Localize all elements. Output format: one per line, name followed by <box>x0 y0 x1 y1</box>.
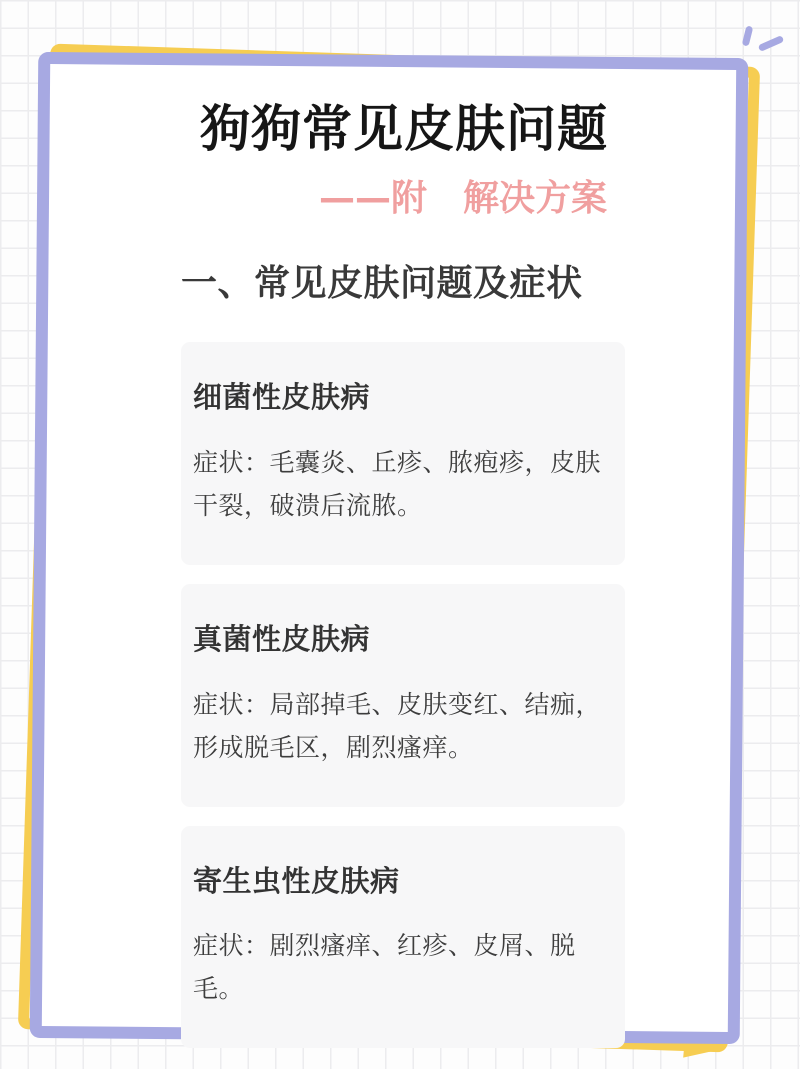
symptom-card-parasitic: 寄生虫性皮肤病 症状：剧烈瘙痒、红疹、皮屑、脱毛。 <box>181 826 625 1049</box>
section-heading: 一、常见皮肤问题及症状 <box>181 261 641 306</box>
symptom-card-bacterial: 细菌性皮肤病 症状：毛囊炎、丘疹、脓疱疹，皮肤干裂，破溃后流脓。 <box>181 342 625 565</box>
card-title: 寄生虫性皮肤病 <box>193 864 613 899</box>
card-title: 真菌性皮肤病 <box>193 622 613 657</box>
poster-content: 狗狗常见皮肤问题 ——附 解决方案 一、常见皮肤问题及症状 细菌性皮肤病 症状：… <box>0 0 800 1069</box>
card-title: 细菌性皮肤病 <box>193 380 613 415</box>
symptom-card-fungal: 真菌性皮肤病 症状：局部掉毛、皮肤变红、结痂，形成脱毛区，剧烈瘙痒。 <box>181 584 625 807</box>
symptom-card-list: 细菌性皮肤病 症状：毛囊炎、丘疹、脓疱疹，皮肤干裂，破溃后流脓。 真菌性皮肤病 … <box>181 342 625 1048</box>
page-subtitle: ——附 解决方案 <box>180 177 628 220</box>
card-body: 症状：局部掉毛、皮肤变红、结痂，形成脱毛区，剧烈瘙痒。 <box>193 683 613 769</box>
card-body: 症状：毛囊炎、丘疹、脓疱疹，皮肤干裂，破溃后流脓。 <box>193 441 613 527</box>
card-body: 症状：剧烈瘙痒、红疹、皮屑、脱毛。 <box>193 924 613 1010</box>
page-title: 狗狗常见皮肤问题 <box>180 98 628 161</box>
